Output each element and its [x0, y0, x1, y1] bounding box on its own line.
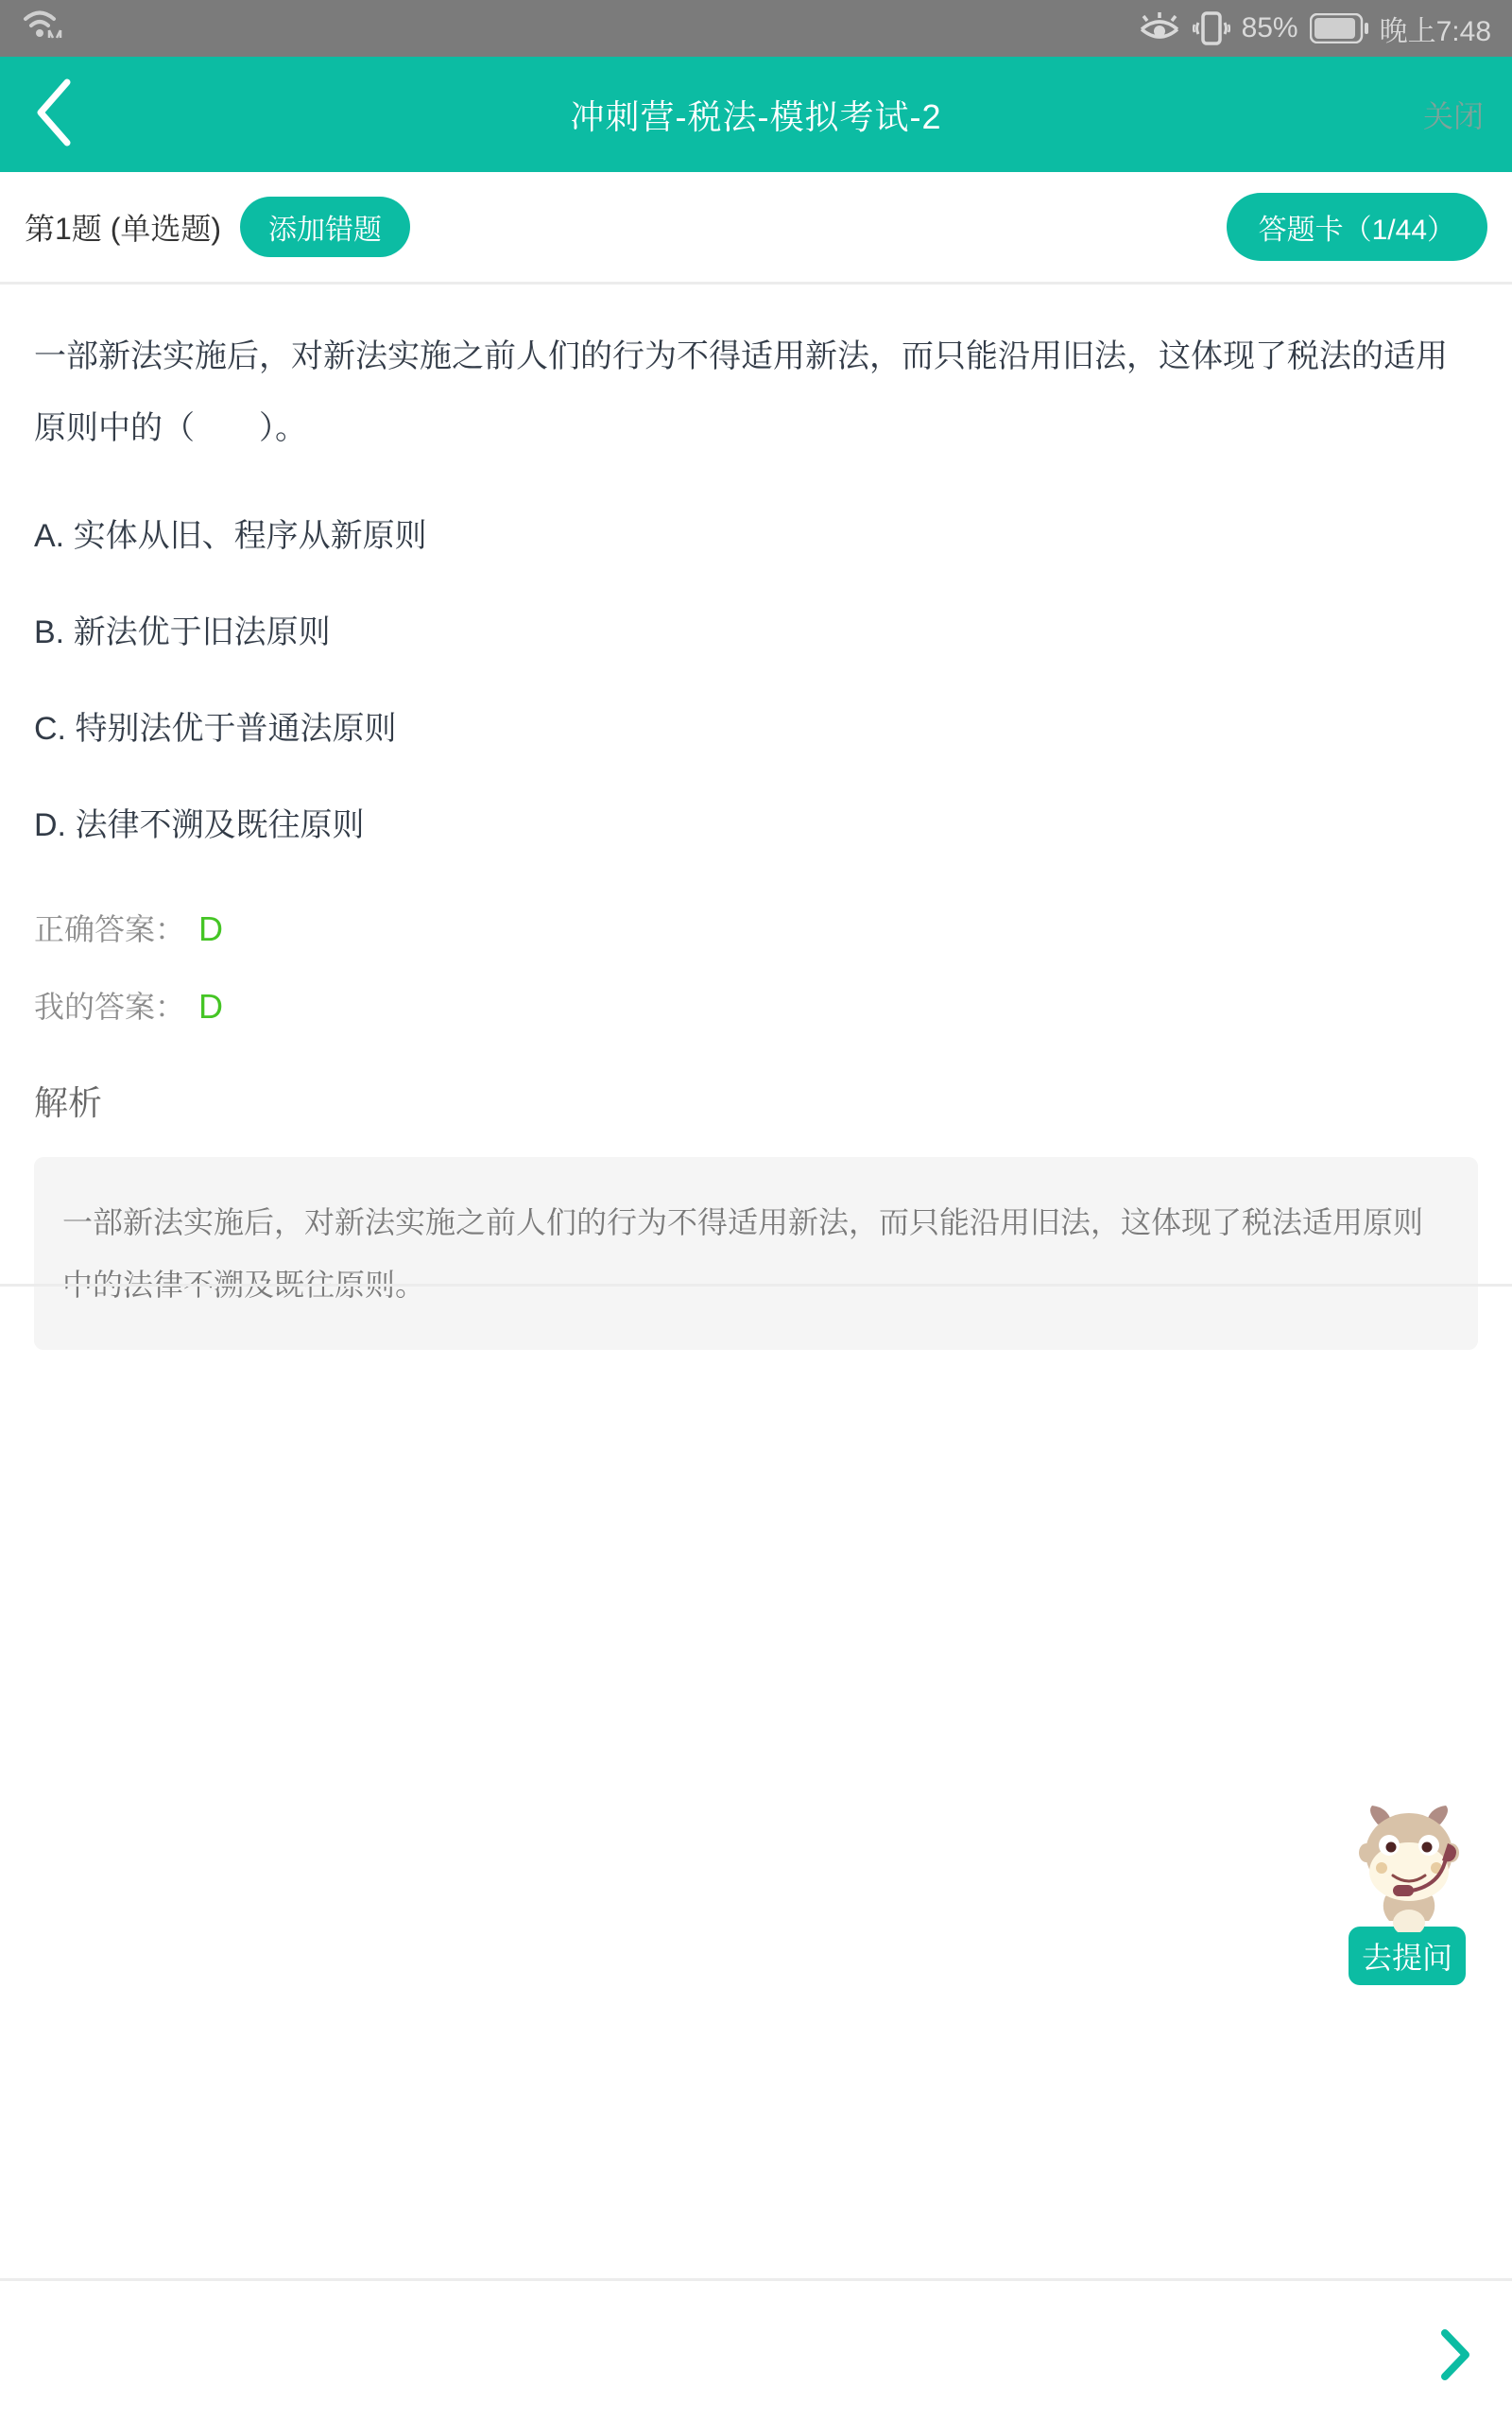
cow-mascot-icon: [1349, 1804, 1469, 1932]
ask-question-button[interactable]: 去提问: [1349, 1927, 1466, 1985]
battery-icon: [1310, 13, 1368, 43]
answer-card-button[interactable]: 答题卡（1/44）: [1227, 193, 1487, 261]
battery-percent: 85%: [1242, 12, 1298, 44]
close-button[interactable]: 关闭: [1423, 57, 1484, 172]
app-header: 冲刺营-税法-模拟考试-2 关闭: [0, 57, 1512, 172]
eye-comfort-icon: [1138, 12, 1181, 44]
correct-answer-value: D: [198, 903, 223, 956]
question-text: 一部新法实施后，对新法实施之前人们的行为不得适用新法，而只能沿用旧法，这体现了税…: [34, 320, 1478, 464]
options-list: A. 实体从旧、程序从新原则 B. 新法优于旧法原则 C. 特别法优于普通法原则…: [34, 517, 1478, 844]
clock-time: 晚上7:48: [1380, 8, 1491, 49]
my-answer-row: 我的答案： D: [34, 980, 1478, 1033]
wifi-icon: [21, 8, 64, 49]
content-divider: [0, 1284, 1512, 1287]
option-d: D. 法律不溯及既往原则: [34, 806, 1478, 844]
correct-answer-row: 正确答案： D: [34, 903, 1478, 956]
add-wrong-question-button[interactable]: 添加错题: [240, 197, 410, 257]
status-bar: 85% 晚上7:48: [0, 0, 1512, 57]
bottom-bar-divider: [0, 2278, 1512, 2281]
option-c: C. 特别法优于普通法原则: [34, 710, 1478, 748]
analysis-box: 一部新法实施后，对新法实施之前人们的行为不得适用新法，而只能沿用旧法，这体现了税…: [34, 1157, 1478, 1350]
next-question-button[interactable]: [1427, 2318, 1484, 2394]
correct-answer-label: 正确答案：: [34, 903, 185, 956]
option-b: B. 新法优于旧法原则: [34, 614, 1478, 651]
question-number-label: 第1题 (单选题): [25, 205, 221, 249]
question-content: 一部新法实施后，对新法实施之前人们的行为不得适用新法，而只能沿用旧法，这体现了税…: [0, 285, 1512, 1350]
analysis-heading: 解析: [34, 1077, 1478, 1125]
my-answer-label: 我的答案：: [34, 980, 185, 1033]
page-title: 冲刺营-税法-模拟考试-2: [0, 91, 1512, 139]
my-answer-value: D: [198, 980, 223, 1033]
next-chevron-icon: [1439, 2328, 1471, 2384]
ask-widget[interactable]: 去提问: [1349, 1804, 1469, 1985]
question-toolbar: 第1题 (单选题) 添加错题 答题卡（1/44）: [0, 172, 1512, 282]
vibrate-icon: [1193, 9, 1230, 47]
option-a: A. 实体从旧、程序从新原则: [34, 517, 1478, 555]
